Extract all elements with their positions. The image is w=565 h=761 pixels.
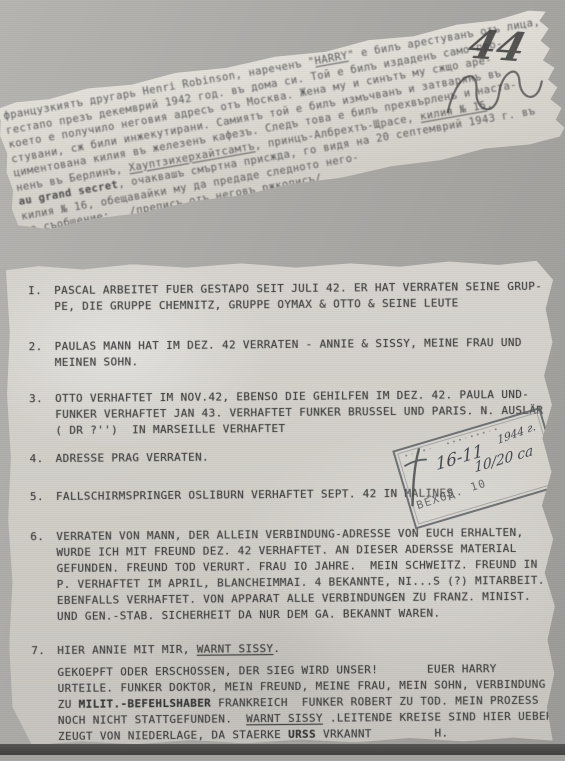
photo-background: французкиятъ другарь Henri Robinson, нар… (0, 0, 565, 761)
item-number: 3. (29, 391, 55, 439)
closing-paragraph: GEKOEPFT ODER ERSCHOSSEN, DER SIEG WIRD … (57, 661, 551, 745)
typed-line: PE, DIE GRUPPE CHEMNITZ, GRUPPE OYMAX & … (54, 295, 547, 315)
text-segment: ZU (58, 698, 79, 711)
typed-line: UND GEN.-STAB. SICHERHEIT DA NUR DEM GA.… (57, 605, 550, 625)
numbered-item: 6. VERRATEN VON MANN, DER ALLEIN VERBIND… (30, 525, 550, 626)
item-number: I. (28, 283, 54, 315)
item-number: 5. (30, 489, 56, 505)
text-segment: .LEITENDE KREISE SIND HIER UEBER- (323, 710, 560, 725)
text-segment: VRKANNT H. (316, 727, 449, 741)
underlined-warning: WARNT SISSY (197, 642, 274, 656)
note-strip: французкиятъ другарь Henri Robinson, нар… (0, 8, 565, 235)
photo-edge-shadow (0, 744, 565, 755)
text-segment: HIER ANNIE MIT MIR, (57, 643, 197, 657)
numbered-item: 7. HIER ANNIE MIT MIR, WARNT SISSY. (31, 639, 550, 660)
document-sheet: I. PASCAL ARBEITET FUER GESTAPO SEIT JUL… (6, 261, 557, 746)
text-segment: . (273, 642, 280, 655)
text-segment: NOCH NICHT STATTGEFUNDEN. (58, 712, 246, 727)
text-segment: ZEUGT VON NIEDERLAGE, DA STAERKE (58, 728, 288, 743)
numbered-item: 2. PAULAS MANN HAT IM DEZ. 42 VERRATEN -… (29, 335, 548, 372)
photo-edge (0, 755, 565, 761)
item-number: 7. (31, 643, 57, 659)
typed-line: ZEUGT VON NIEDERLAGE, DA STAERKE URSS VR… (58, 725, 551, 745)
typed-line: MEINEN SOHN. (55, 351, 548, 371)
underlined-warning: WARNT SISSY (246, 712, 323, 726)
item-body: PAULAS MANN HAT IM DEZ. 42 VERRATEN - AN… (55, 335, 548, 371)
item-number: 6. (30, 529, 57, 625)
item-body: PASCAL ARBEITET FUER GESTAPO SEIT JULI 4… (54, 279, 547, 315)
numbered-item: I. PASCAL ARBEITET FUER GESTAPO SEIT JUL… (28, 279, 547, 316)
item-number: 2. (29, 339, 55, 371)
item-body: VERRATEN VON MANN, DER ALLEIN VERBINDUNG… (56, 525, 550, 625)
typed-line: HIER ANNIE MIT MIR, WARNT SISSY. (57, 639, 550, 659)
item-body: HIER ANNIE MIT MIR, WARNT SISSY. (57, 639, 550, 659)
item-number: 4. (30, 451, 56, 467)
bold-text: URSS (288, 728, 316, 741)
bold-text: MILIT.-BEFEHLSHABER (79, 697, 212, 711)
text-segment: FRANKREICH FUNKER ROBERT ZU TOD. MEIN PR… (211, 694, 539, 710)
